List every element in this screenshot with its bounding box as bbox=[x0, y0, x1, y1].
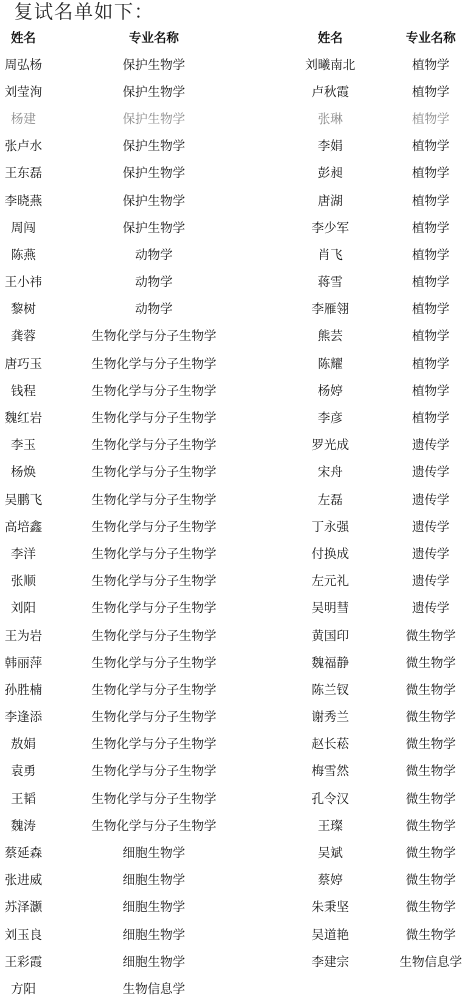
header-name-2: 姓名 bbox=[261, 24, 399, 50]
student-name-right: 吴道艳 bbox=[261, 920, 399, 947]
student-name-right: 付换成 bbox=[261, 539, 399, 566]
major-right bbox=[399, 974, 462, 992]
major-right: 植物学 bbox=[399, 132, 462, 159]
student-name-left: 敖娟 bbox=[0, 730, 47, 757]
major-left: 细胞生物学 bbox=[47, 893, 261, 920]
student-name-left: 李晓燕 bbox=[0, 186, 47, 213]
student-name-left: 杨建 bbox=[0, 104, 47, 131]
student-name-right: 吴明彗 bbox=[261, 594, 399, 621]
student-name-left: 李逢添 bbox=[0, 703, 47, 730]
major-left: 保护生物学 bbox=[47, 77, 261, 104]
major-right: 微生物学 bbox=[399, 811, 462, 838]
student-name-right: 李雁翎 bbox=[261, 295, 399, 322]
student-name-left: 黎树 bbox=[0, 295, 47, 322]
table-row: 吴鹏飞生物化学与分子生物学左磊遗传学 bbox=[0, 485, 462, 512]
student-name-left: 周弘杨 bbox=[0, 50, 47, 77]
student-name-right: 蔡婷 bbox=[261, 866, 399, 893]
major-right: 植物学 bbox=[399, 77, 462, 104]
header-major-2: 专业名称 bbox=[399, 24, 462, 50]
major-left: 生物化学与分子生物学 bbox=[47, 675, 261, 702]
table-row: 孙胜楠生物化学与分子生物学陈兰钗微生物学 bbox=[0, 675, 462, 702]
major-left: 细胞生物学 bbox=[47, 866, 261, 893]
major-left: 生物化学与分子生物学 bbox=[47, 730, 261, 757]
major-right: 微生物学 bbox=[399, 838, 462, 865]
table-row: 王彩霞细胞生物学李建宗生物信息学 bbox=[0, 947, 462, 974]
header-name-1: 姓名 bbox=[0, 24, 47, 50]
major-right: 植物学 bbox=[399, 403, 462, 430]
major-left: 生物化学与分子生物学 bbox=[47, 376, 261, 403]
student-name-right: 肖飞 bbox=[261, 240, 399, 267]
major-left: 细胞生物学 bbox=[47, 947, 261, 974]
major-left: 生物化学与分子生物学 bbox=[47, 811, 261, 838]
student-name-left: 袁勇 bbox=[0, 757, 47, 784]
major-left: 保护生物学 bbox=[47, 186, 261, 213]
student-name-right: 丁永强 bbox=[261, 512, 399, 539]
table-row: 杨焕生物化学与分子生物学宋舟遗传学 bbox=[0, 458, 462, 485]
major-right: 植物学 bbox=[399, 213, 462, 240]
student-name-right: 熊芸 bbox=[261, 322, 399, 349]
major-left: 生物信息学 bbox=[47, 974, 261, 992]
student-name-right: 孔令汉 bbox=[261, 784, 399, 811]
student-name-left: 王小祎 bbox=[0, 268, 47, 295]
major-right: 微生物学 bbox=[399, 866, 462, 893]
student-name-left: 李玉 bbox=[0, 431, 47, 458]
table-row: 唐巧玉生物化学与分子生物学陈耀植物学 bbox=[0, 349, 462, 376]
student-name-right: 刘曦南北 bbox=[261, 50, 399, 77]
header-row: 姓名 专业名称 姓名 专业名称 bbox=[0, 24, 462, 50]
student-name-right: 彭昶 bbox=[261, 159, 399, 186]
table-row: 李玉生物化学与分子生物学罗光成遗传学 bbox=[0, 431, 462, 458]
student-name-left: 王为岩 bbox=[0, 621, 47, 648]
major-left: 生物化学与分子生物学 bbox=[47, 539, 261, 566]
major-right: 植物学 bbox=[399, 268, 462, 295]
student-name-right: 蒋雪 bbox=[261, 268, 399, 295]
table-row: 周闯保护生物学李少军植物学 bbox=[0, 213, 462, 240]
major-right: 植物学 bbox=[399, 50, 462, 77]
student-name-left: 张进威 bbox=[0, 866, 47, 893]
student-name-left: 吴鹏飞 bbox=[0, 485, 47, 512]
major-right: 遗传学 bbox=[399, 594, 462, 621]
table-row: 李晓燕保护生物学唐湖植物学 bbox=[0, 186, 462, 213]
student-name-right: 吴斌 bbox=[261, 838, 399, 865]
table-row: 袁勇生物化学与分子生物学梅雪然微生物学 bbox=[0, 757, 462, 784]
major-right: 植物学 bbox=[399, 240, 462, 267]
student-name-right: 李少军 bbox=[261, 213, 399, 240]
student-name-left: 韩丽萍 bbox=[0, 648, 47, 675]
table-row: 王韬生物化学与分子生物学孔令汉微生物学 bbox=[0, 784, 462, 811]
student-name-left: 孙胜楠 bbox=[0, 675, 47, 702]
header-major-1: 专业名称 bbox=[47, 24, 261, 50]
major-left: 生物化学与分子生物学 bbox=[47, 431, 261, 458]
major-right: 微生物学 bbox=[399, 893, 462, 920]
student-name-left: 高培鑫 bbox=[0, 512, 47, 539]
major-right: 生物信息学 bbox=[399, 947, 462, 974]
student-name-right: 李彦 bbox=[261, 403, 399, 430]
student-name-left: 王韬 bbox=[0, 784, 47, 811]
major-left: 生物化学与分子生物学 bbox=[47, 349, 261, 376]
student-name-left: 刘莹洵 bbox=[0, 77, 47, 104]
major-left: 动物学 bbox=[47, 268, 261, 295]
major-right: 植物学 bbox=[399, 104, 462, 131]
major-left: 保护生物学 bbox=[47, 159, 261, 186]
table-row: 王小祎动物学蒋雪植物学 bbox=[0, 268, 462, 295]
student-name-left: 苏泽灏 bbox=[0, 893, 47, 920]
major-right: 微生物学 bbox=[399, 920, 462, 947]
student-name-right: 左元礼 bbox=[261, 567, 399, 594]
major-left: 生物化学与分子生物学 bbox=[47, 784, 261, 811]
table-row: 龚蓉生物化学与分子生物学熊芸植物学 bbox=[0, 322, 462, 349]
student-name-right: 赵长菘 bbox=[261, 730, 399, 757]
major-right: 微生物学 bbox=[399, 757, 462, 784]
table-row: 王为岩生物化学与分子生物学黄国印微生物学 bbox=[0, 621, 462, 648]
major-left: 生物化学与分子生物学 bbox=[47, 757, 261, 784]
student-name-right: 陈耀 bbox=[261, 349, 399, 376]
student-name-right: 左磊 bbox=[261, 485, 399, 512]
major-left: 保护生物学 bbox=[47, 50, 261, 77]
table-row: 魏红岩生物化学与分子生物学李彦植物学 bbox=[0, 403, 462, 430]
student-name-right: 罗光成 bbox=[261, 431, 399, 458]
major-right: 微生物学 bbox=[399, 784, 462, 811]
page-title: 复试名单如下： bbox=[14, 0, 154, 24]
major-right: 微生物学 bbox=[399, 621, 462, 648]
student-name-right: 魏福静 bbox=[261, 648, 399, 675]
major-left: 生物化学与分子生物学 bbox=[47, 567, 261, 594]
table-row: 钱程生物化学与分子生物学杨婷植物学 bbox=[0, 376, 462, 403]
student-name-left: 张顺 bbox=[0, 567, 47, 594]
major-right: 微生物学 bbox=[399, 648, 462, 675]
major-left: 保护生物学 bbox=[47, 213, 261, 240]
table-row: 方阳生物信息学 bbox=[0, 974, 462, 992]
student-name-left: 王东磊 bbox=[0, 159, 47, 186]
table-row: 周弘杨保护生物学刘曦南北植物学 bbox=[0, 50, 462, 77]
student-name-right: 宋舟 bbox=[261, 458, 399, 485]
student-name-right: 梅雪然 bbox=[261, 757, 399, 784]
table-row: 敖娟生物化学与分子生物学赵长菘微生物学 bbox=[0, 730, 462, 757]
major-left: 动物学 bbox=[47, 295, 261, 322]
major-right: 植物学 bbox=[399, 159, 462, 186]
table-row: 刘玉良细胞生物学吴道艳微生物学 bbox=[0, 920, 462, 947]
table-row: 李逢添生物化学与分子生物学谢秀兰微生物学 bbox=[0, 703, 462, 730]
student-name-right: 陈兰钗 bbox=[261, 675, 399, 702]
major-left: 生物化学与分子生物学 bbox=[47, 403, 261, 430]
major-right: 遗传学 bbox=[399, 431, 462, 458]
student-name-left: 方阳 bbox=[0, 974, 47, 992]
table-row: 黎树动物学李雁翎植物学 bbox=[0, 295, 462, 322]
table-row: 陈燕动物学肖飞植物学 bbox=[0, 240, 462, 267]
major-left: 生物化学与分子生物学 bbox=[47, 322, 261, 349]
major-left: 动物学 bbox=[47, 240, 261, 267]
major-left: 细胞生物学 bbox=[47, 920, 261, 947]
student-name-left: 唐巧玉 bbox=[0, 349, 47, 376]
major-right: 遗传学 bbox=[399, 512, 462, 539]
table-row: 刘阳生物化学与分子生物学吴明彗遗传学 bbox=[0, 594, 462, 621]
student-name-right: 张琳 bbox=[261, 104, 399, 131]
table-row: 李洋生物化学与分子生物学付换成遗传学 bbox=[0, 539, 462, 566]
student-name-left: 刘玉良 bbox=[0, 920, 47, 947]
student-name-left: 刘阳 bbox=[0, 594, 47, 621]
student-name-left: 张卢水 bbox=[0, 132, 47, 159]
table-row: 高培鑫生物化学与分子生物学丁永强遗传学 bbox=[0, 512, 462, 539]
table-row: 苏泽灏细胞生物学朱秉坚微生物学 bbox=[0, 893, 462, 920]
major-left: 生物化学与分子生物学 bbox=[47, 485, 261, 512]
major-right: 遗传学 bbox=[399, 539, 462, 566]
student-name-right: 黄国印 bbox=[261, 621, 399, 648]
student-name-right: 李建宗 bbox=[261, 947, 399, 974]
student-name-right: 唐湖 bbox=[261, 186, 399, 213]
major-right: 微生物学 bbox=[399, 730, 462, 757]
student-name-left: 李洋 bbox=[0, 539, 47, 566]
student-name-right: 卢秋霞 bbox=[261, 77, 399, 104]
major-right: 植物学 bbox=[399, 322, 462, 349]
major-right: 植物学 bbox=[399, 349, 462, 376]
table-body: 周弘杨保护生物学刘曦南北植物学刘莹洵保护生物学卢秋霞植物学杨建保护生物学张琳植物… bbox=[0, 50, 462, 992]
student-name-left: 蔡延森 bbox=[0, 838, 47, 865]
student-name-right: 朱秉坚 bbox=[261, 893, 399, 920]
table-row: 张顺生物化学与分子生物学左元礼遗传学 bbox=[0, 567, 462, 594]
table-row: 魏涛生物化学与分子生物学王璨微生物学 bbox=[0, 811, 462, 838]
student-name-left: 魏红岩 bbox=[0, 403, 47, 430]
student-name-right: 杨婷 bbox=[261, 376, 399, 403]
table-row: 刘莹洵保护生物学卢秋霞植物学 bbox=[0, 77, 462, 104]
major-left: 保护生物学 bbox=[47, 104, 261, 131]
table-row: 韩丽萍生物化学与分子生物学魏福静微生物学 bbox=[0, 648, 462, 675]
major-right: 植物学 bbox=[399, 295, 462, 322]
major-left: 生物化学与分子生物学 bbox=[47, 648, 261, 675]
table-row: 王东磊保护生物学彭昶植物学 bbox=[0, 159, 462, 186]
student-name-left: 杨焕 bbox=[0, 458, 47, 485]
major-left: 细胞生物学 bbox=[47, 838, 261, 865]
major-right: 微生物学 bbox=[399, 675, 462, 702]
student-name-left: 魏涛 bbox=[0, 811, 47, 838]
table-row: 蔡延森细胞生物学吴斌微生物学 bbox=[0, 838, 462, 865]
student-name-right: 谢秀兰 bbox=[261, 703, 399, 730]
major-left: 生物化学与分子生物学 bbox=[47, 594, 261, 621]
student-name-left: 龚蓉 bbox=[0, 322, 47, 349]
table-row: 张卢水保护生物学李娟植物学 bbox=[0, 132, 462, 159]
major-right: 遗传学 bbox=[399, 458, 462, 485]
major-right: 植物学 bbox=[399, 376, 462, 403]
major-right: 微生物学 bbox=[399, 703, 462, 730]
major-left: 生物化学与分子生物学 bbox=[47, 703, 261, 730]
table-row: 张进威细胞生物学蔡婷微生物学 bbox=[0, 866, 462, 893]
major-left: 保护生物学 bbox=[47, 132, 261, 159]
major-left: 生物化学与分子生物学 bbox=[47, 621, 261, 648]
student-name-left: 周闯 bbox=[0, 213, 47, 240]
student-name-left: 陈燕 bbox=[0, 240, 47, 267]
student-name-right: 李娟 bbox=[261, 132, 399, 159]
table-row: 杨建保护生物学张琳植物学 bbox=[0, 104, 462, 131]
major-right: 植物学 bbox=[399, 186, 462, 213]
student-name-left: 王彩霞 bbox=[0, 947, 47, 974]
major-left: 生物化学与分子生物学 bbox=[47, 512, 261, 539]
major-right: 遗传学 bbox=[399, 567, 462, 594]
major-left: 生物化学与分子生物学 bbox=[47, 458, 261, 485]
student-name-right: 王璨 bbox=[261, 811, 399, 838]
retest-list-table: 姓名 专业名称 姓名 专业名称 周弘杨保护生物学刘曦南北植物学刘莹洵保护生物学卢… bbox=[0, 24, 462, 992]
student-name-left: 钱程 bbox=[0, 376, 47, 403]
student-name-right bbox=[261, 974, 399, 992]
major-right: 遗传学 bbox=[399, 485, 462, 512]
